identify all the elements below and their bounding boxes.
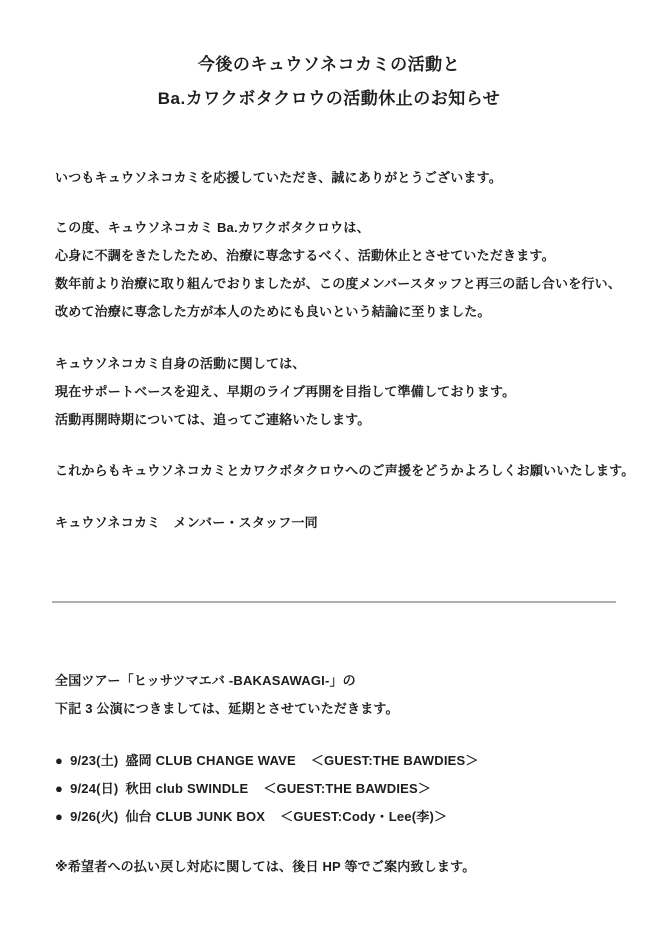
activity-line: 活動再開時期については、追ってご連絡いたします。 — [55, 406, 648, 434]
signature-text: キュウソネコカミ メンバー・スタッフ一同 — [55, 509, 648, 537]
hiatus-line: 数年前より治療に取り組んでおりましたが、この度メンバースタッフと再三の話し合いを… — [55, 270, 648, 298]
tour-intro-line: 下記 3 公演につきましては、延期とさせていただきます。 — [55, 695, 648, 723]
bullet-icon: ● — [55, 753, 63, 768]
show-guest: ＜GUEST:Cody・Lee(李)＞ — [280, 809, 447, 824]
show-venue: 盛岡 CLUB CHANGE WAVE — [125, 753, 295, 768]
tour-intro-line: 全国ツアー「ヒッサツマエバ -BAKASAWAGI-」の — [55, 667, 648, 695]
bullet-icon: ● — [55, 781, 63, 796]
show-item: ●9/23(土)盛岡 CLUB CHANGE WAVE＜GUEST:THE BA… — [55, 747, 648, 775]
show-item: ●9/26(火)仙台 CLUB JUNK BOX＜GUEST:Cody・Lee(… — [55, 803, 648, 831]
hiatus-line: この度、キュウソネコカミ Ba.カワクボタクロウは、 — [55, 214, 648, 242]
horizontal-divider — [52, 601, 616, 603]
greeting-paragraph: いつもキュウソネコカミを応援していただき、誠にありがとうございます。 — [55, 164, 648, 192]
announcement-page: 今後のキュウソネコカミの活動と Ba.カワクボタクロウの活動休止のお知らせ いつ… — [0, 0, 658, 934]
hiatus-line: 心身に不調をきたしたため、治療に専念するべく、活動休止とさせていただきます。 — [55, 242, 648, 270]
activity-line: 現在サポートベースを迎え、早期のライブ再開を目指して準備しております。 — [55, 378, 648, 406]
refund-note-text: ※希望者への払い戻し対応に関しては、後日 HP 等でご案内致します。 — [55, 853, 648, 881]
title-line-2: Ba.カワクボタクロウの活動休止のお知らせ — [0, 82, 658, 116]
page-title: 今後のキュウソネコカミの活動と Ba.カワクボタクロウの活動休止のお知らせ — [0, 48, 658, 116]
show-guest: ＜GUEST:THE BAWDIES＞ — [263, 781, 431, 796]
refund-note: ※希望者への払い戻し対応に関しては、後日 HP 等でご案内致します。 — [55, 853, 648, 881]
title-line-1: 今後のキュウソネコカミの活動と — [0, 48, 658, 82]
show-date: 9/24(日) — [70, 781, 118, 796]
show-venue: 秋田 club SWINDLE — [125, 781, 248, 796]
hiatus-paragraph: この度、キュウソネコカミ Ba.カワクボタクロウは、 心身に不調をきたしたため、… — [55, 214, 648, 326]
show-item: ●9/24(日)秋田 club SWINDLE＜GUEST:THE BAWDIE… — [55, 775, 648, 803]
closing-paragraph: これからもキュウソネコカミとカワクボタクロウへのご声援をどうかよろしくお願いいた… — [55, 457, 648, 485]
postponed-shows-list: ●9/23(土)盛岡 CLUB CHANGE WAVE＜GUEST:THE BA… — [55, 747, 648, 831]
show-venue: 仙台 CLUB JUNK BOX — [125, 809, 265, 824]
bullet-icon: ● — [55, 809, 63, 824]
closing-text: これからもキュウソネコカミとカワクボタクロウへのご声援をどうかよろしくお願いいた… — [55, 457, 648, 485]
band-activity-paragraph: キュウソネコカミ自身の活動に関しては、 現在サポートベースを迎え、早期のライブ再… — [55, 350, 648, 434]
show-guest: ＜GUEST:THE BAWDIES＞ — [311, 753, 479, 768]
activity-line: キュウソネコカミ自身の活動に関しては、 — [55, 350, 648, 378]
show-date: 9/26(火) — [70, 809, 118, 824]
show-date: 9/23(土) — [70, 753, 118, 768]
tour-intro-paragraph: 全国ツアー「ヒッサツマエバ -BAKASAWAGI-」の 下記 3 公演につきま… — [55, 667, 648, 723]
signature: キュウソネコカミ メンバー・スタッフ一同 — [55, 509, 648, 537]
greeting-text: いつもキュウソネコカミを応援していただき、誠にありがとうございます。 — [55, 164, 648, 192]
hiatus-line: 改めて治療に専念した方が本人のためにも良いという結論に至りました。 — [55, 298, 648, 326]
